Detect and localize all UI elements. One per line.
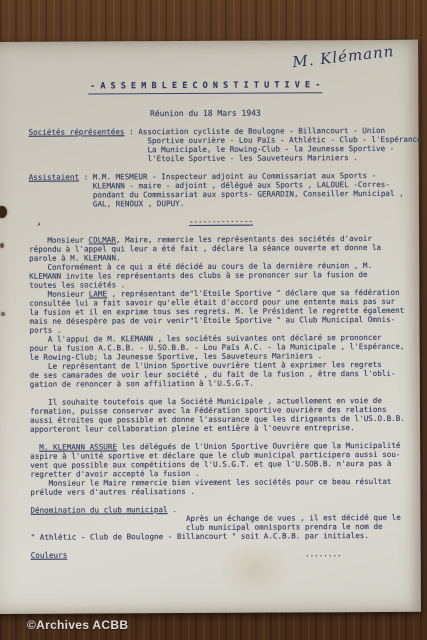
handwritten-signature: M. Klémann bbox=[291, 39, 422, 71]
archive-watermark: ©Archives ACBB bbox=[27, 617, 128, 633]
meeting-date: Réunion du 18 Mars 1943 bbox=[150, 109, 261, 119]
scanned-paper: M. Klémann - A S S E M B L E E C O N S T… bbox=[0, 40, 421, 614]
photo-of-document: { "photo": { "watermark": "©Archives ACB… bbox=[0, 0, 427, 640]
title-row: - A S S E M B L E E C O N S T I T U T I … bbox=[0, 72, 418, 95]
subtitle-row: Réunion du 18 Mars 1943 bbox=[0, 100, 418, 121]
punch-hole bbox=[0, 243, 4, 248]
punch-hole bbox=[1, 312, 5, 316]
paper-stain bbox=[220, 540, 290, 598]
document-title: - A S S E M B L E E C O N S T I T U T I … bbox=[88, 80, 322, 94]
typed-body: Sociétés réprésentées : Association cycl… bbox=[28, 126, 423, 560]
